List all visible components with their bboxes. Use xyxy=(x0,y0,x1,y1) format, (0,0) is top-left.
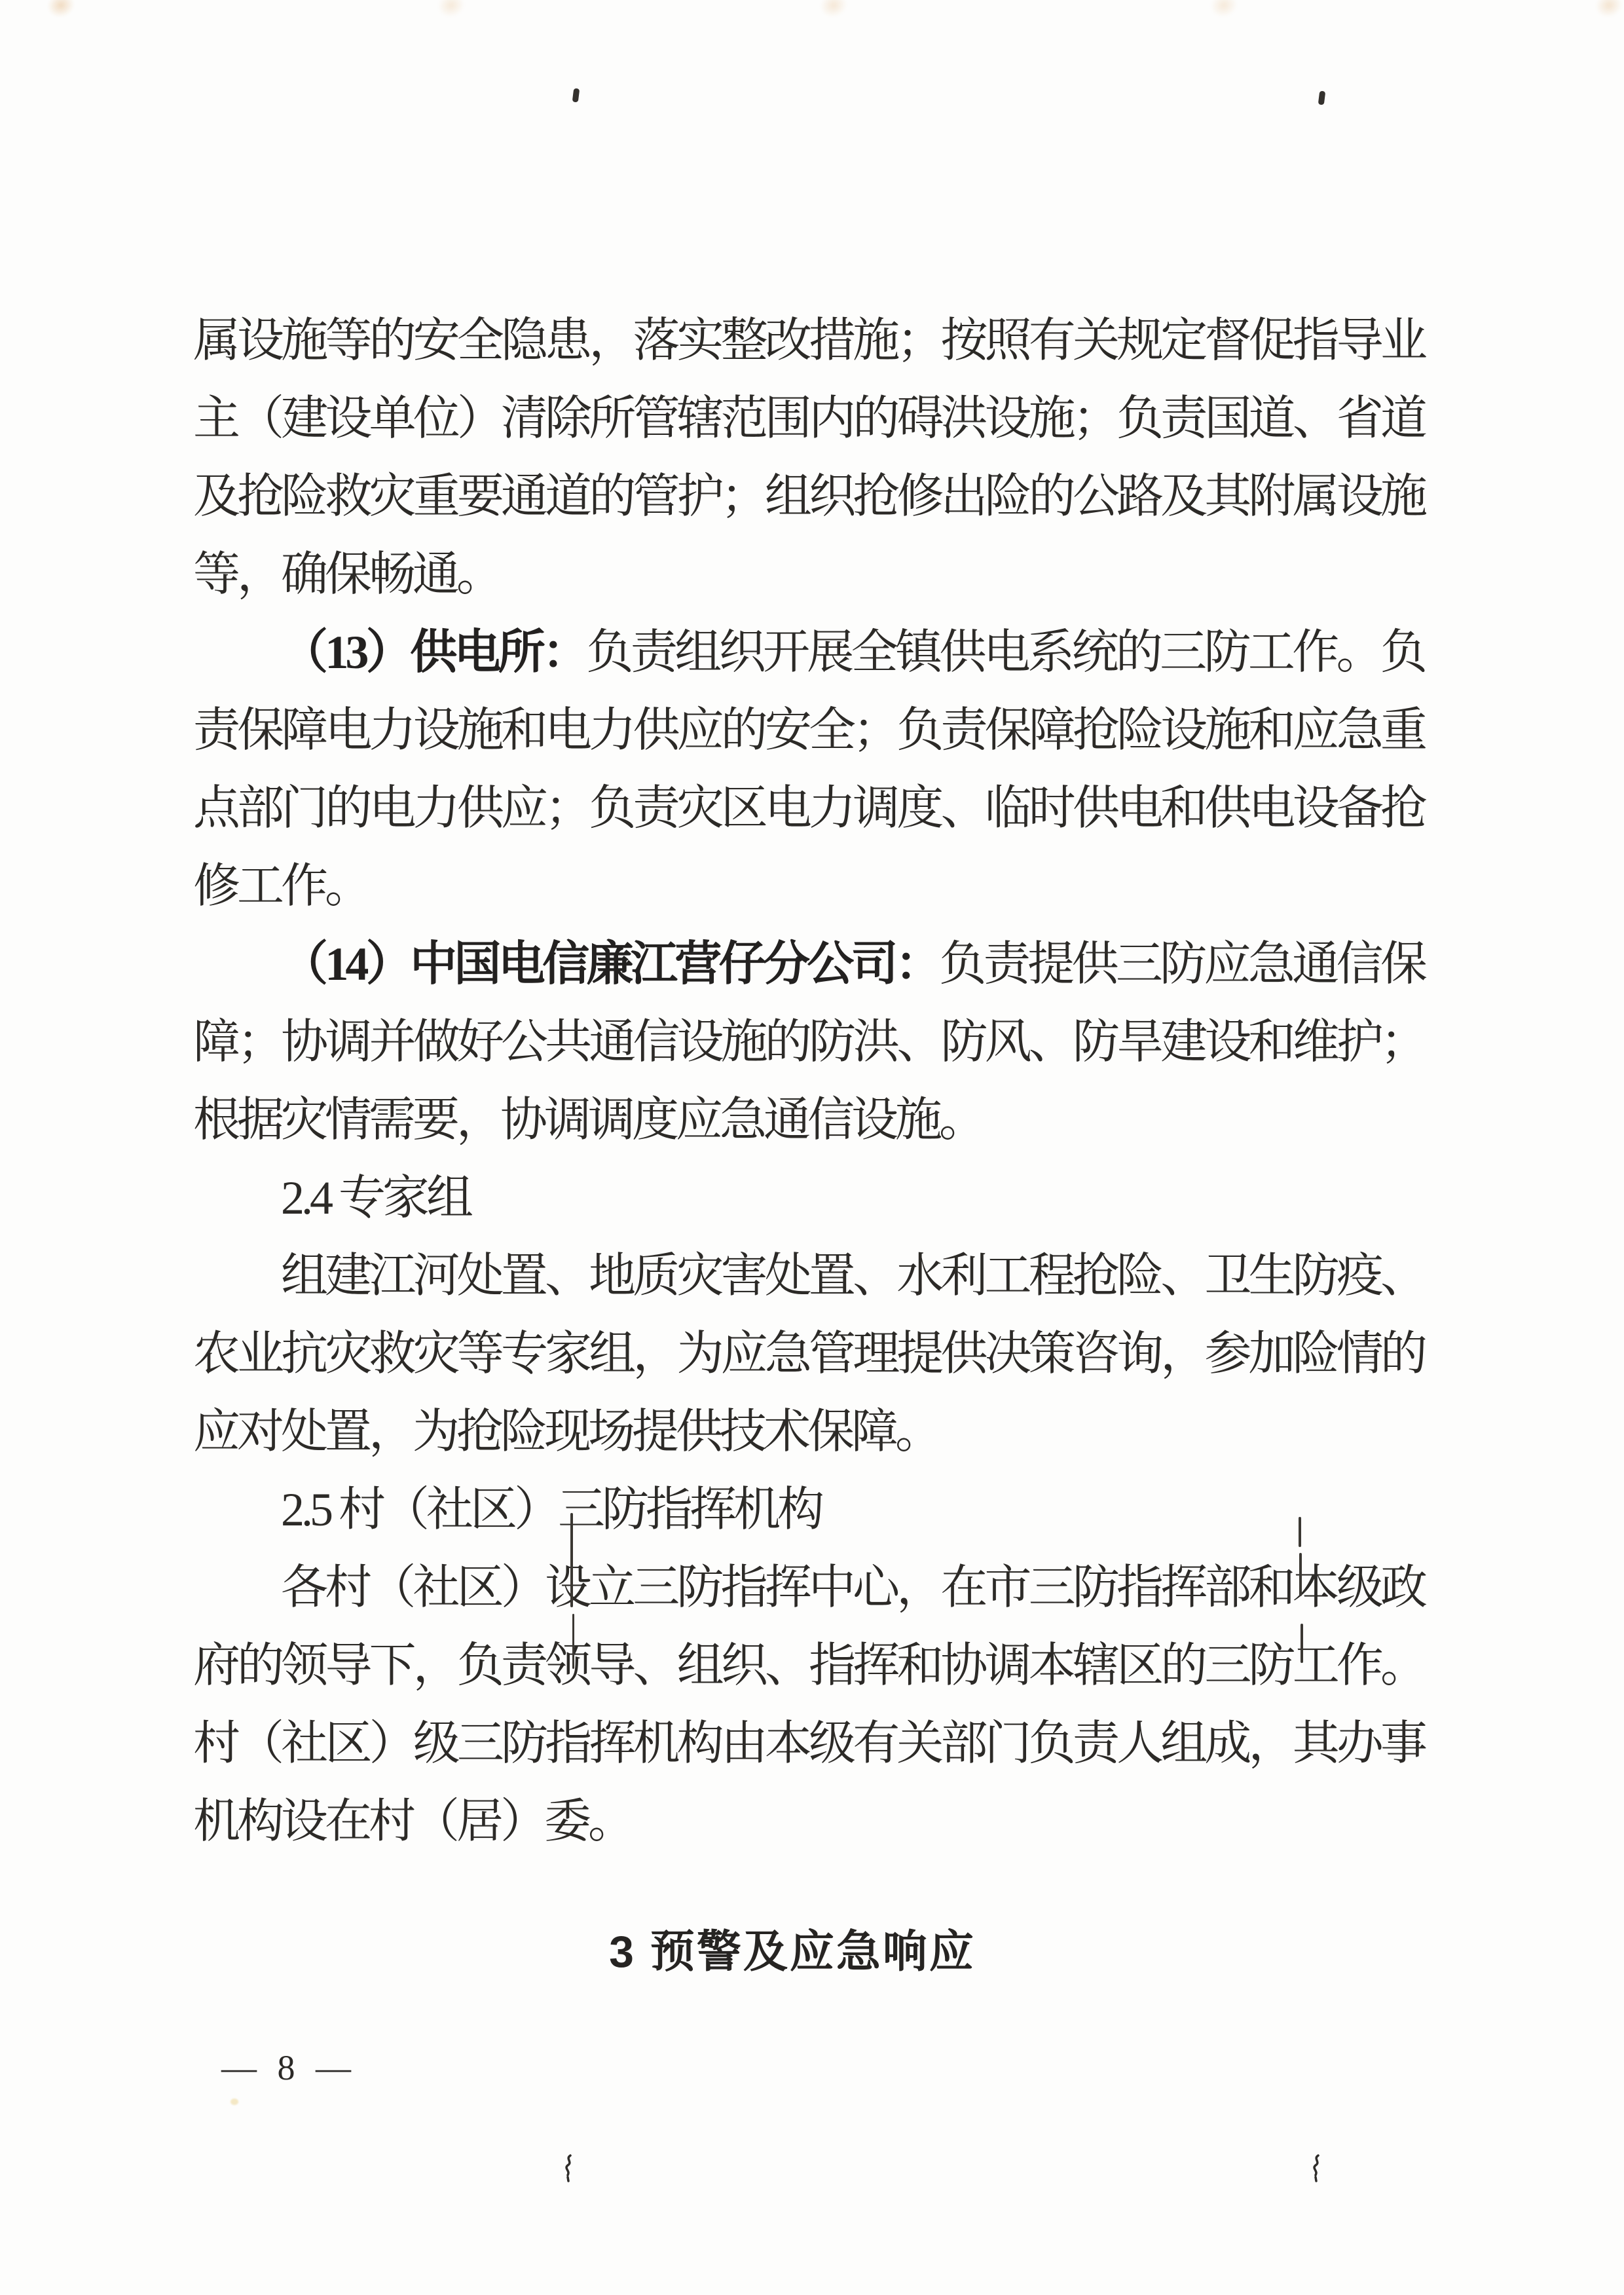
scan-smudge xyxy=(434,0,468,21)
ink-tick xyxy=(572,88,580,103)
bold-run: （13）供电所： xyxy=(281,626,587,679)
paragraph: 组建江河处置、地质灾害处置、水利工程抢险、卫生防疫、农业抗灾救灾等专家组，为应急… xyxy=(193,1237,1424,1471)
paragraph: （14）中国电信廉江营仔分公司：负责提供三防应急通信保障；协调并做好公共通信设施… xyxy=(193,925,1424,1159)
paper-fleck xyxy=(231,2099,238,2105)
ink-tick xyxy=(1318,91,1325,105)
text-run: 组建江河处置、地质灾害处置、水利工程抢险、卫生防疫、农业抗灾救灾等专家组，为应急… xyxy=(193,1250,1424,1458)
document-page: 属设施等的安全隐患，落实整改措施；按照有关规定督促指导业主（建设单位）清除所管辖… xyxy=(0,0,1624,2295)
scan-smudge xyxy=(44,0,77,21)
paragraph: 各村（社区）设立三防指挥中心，在市三防指挥部和本级政府的领导下，负责领导、组织、… xyxy=(193,1549,1424,1861)
paragraph: 属设施等的安全隐患，落实整改措施；按照有关规定督促指导业主（建设单位）清除所管辖… xyxy=(193,302,1424,614)
scan-smudge xyxy=(1207,0,1240,21)
subsection-heading: 2.5 村（社区）三防指挥机构 xyxy=(193,1471,1424,1549)
squiggle-mark xyxy=(561,2154,578,2182)
subsection-heading: 2.4 专家组 xyxy=(193,1159,1424,1237)
scratch-line xyxy=(1299,1553,1302,1596)
scan-smudge xyxy=(1592,0,1624,21)
document-body: 属设施等的安全隐患，落实整改措施；按照有关规定督促指导业主（建设单位）清除所管辖… xyxy=(193,302,1424,1861)
scan-smudge xyxy=(817,0,850,21)
section-heading: 3 预警及应急响应 xyxy=(0,1913,1604,1991)
text-run: 各村（社区）设立三防指挥中心，在市三防指挥部和本级政府的领导下，负责领导、组织、… xyxy=(193,1561,1424,1848)
scratch-line xyxy=(572,1614,574,1669)
text-run: 属设施等的安全隐患，落实整改措施；按照有关规定督促指导业主（建设单位）清除所管辖… xyxy=(193,314,1424,601)
text-run: 2.4 专家组 xyxy=(281,1172,470,1224)
squiggle-mark xyxy=(1308,2154,1325,2182)
scratch-line xyxy=(570,1513,573,1607)
text-run: 2.5 村（社区）三防指挥机构 xyxy=(281,1483,821,1536)
page-number: — 8 — xyxy=(221,2049,357,2087)
scratch-line xyxy=(1299,1517,1301,1547)
paragraph: （13）供电所：负责组织开展全镇供电系统的三防工作。负责保障电力设施和电力供应的… xyxy=(193,614,1424,925)
bold-run: （14）中国电信廉江营仔分公司： xyxy=(281,938,939,990)
scratch-line xyxy=(1301,1624,1303,1663)
